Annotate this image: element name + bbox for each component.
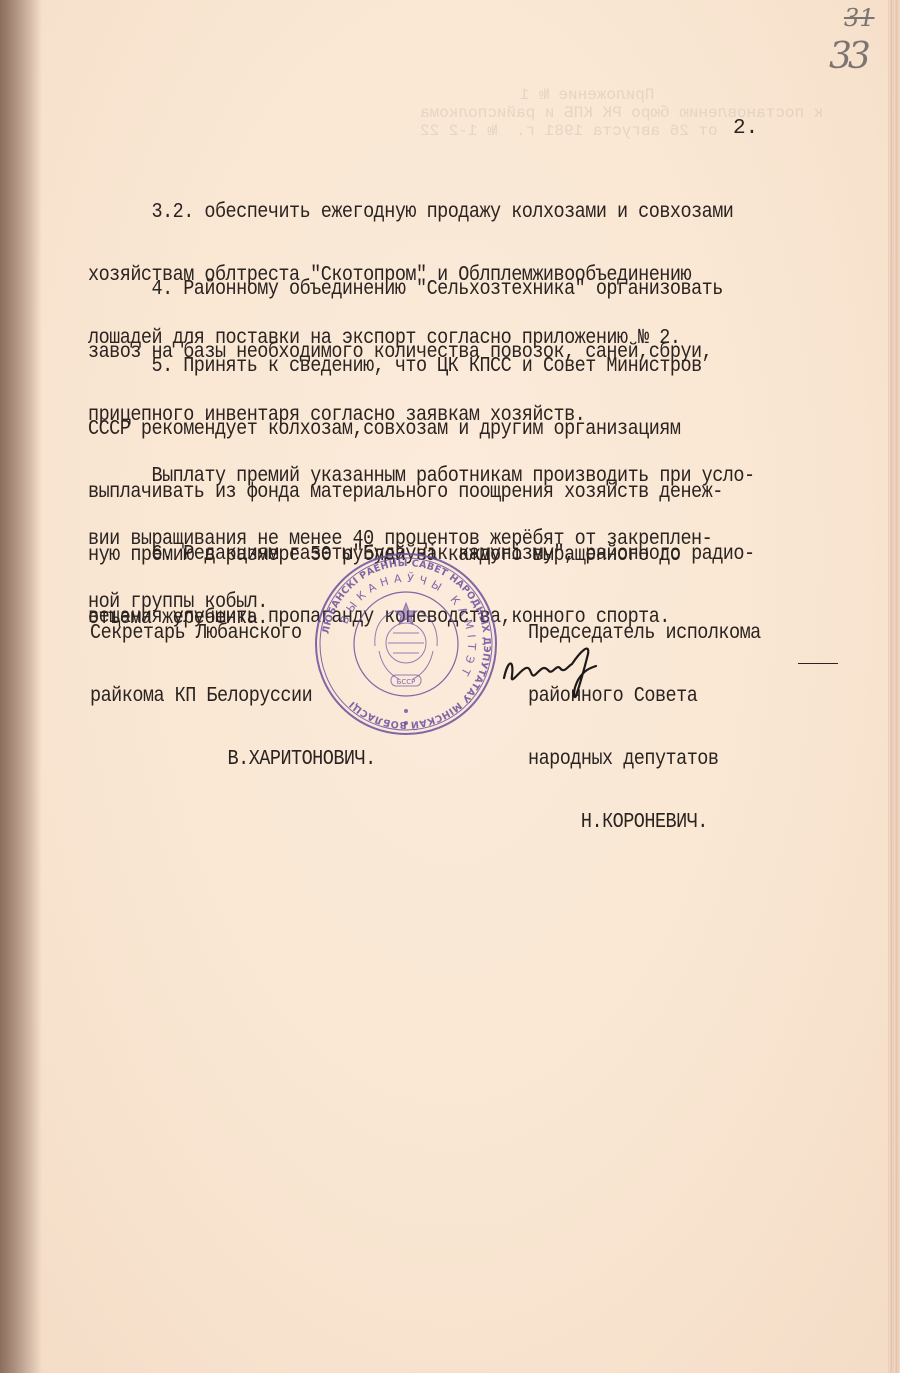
binding-shadow: [0, 0, 42, 1373]
signatory-name-line: Н.КОРОНЕВИЧ.: [528, 812, 761, 833]
text-line: 4. Районному объединению "Сельхозтехника…: [88, 279, 723, 300]
handwritten-signature-icon: [500, 640, 610, 700]
official-stamp-icon: ЛЮБАНСКІ РАЁННЫ САВЕТ НАРОДНЫХ ДЭПУТАТАЎ…: [313, 551, 499, 737]
document-page: Приложение № 1 к постановлению бюро РК К…: [0, 0, 900, 1373]
svg-text:БССР: БССР: [397, 678, 416, 686]
archive-number: 33: [829, 36, 867, 77]
dash-mark: [798, 663, 838, 664]
signatory-right: Председатель исполкома районного Совета …: [528, 581, 761, 875]
signatory-name: В.ХАРИТОНОВИЧ.: [228, 747, 376, 771]
text-line: Выплату премий указанным работникам прои…: [88, 466, 755, 487]
signatory-name-line: В.ХАРИТОНОВИЧ.: [90, 749, 376, 770]
bleed-through-text: Приложение № 1: [520, 86, 654, 104]
page-number: 2.: [733, 117, 758, 140]
archive-number-old: 31: [844, 4, 875, 32]
signatory-title: народных депутатов: [528, 749, 761, 770]
bleed-through-text: к постановлению бюро РК КПБ и райисполко…: [420, 104, 823, 122]
bleed-through-text: от 26 августа 1981 г. № 1-2 22: [420, 122, 718, 140]
signatory-name: Н.КОРОНЕВИЧ.: [581, 810, 708, 834]
page-stack-edge: [888, 0, 900, 1373]
text-line: 5. Принять к сведению, что ЦК КПСС и Сов…: [88, 356, 723, 377]
text-line: 3.2. обеспечить ежегодную продажу колхоз…: [88, 202, 733, 223]
